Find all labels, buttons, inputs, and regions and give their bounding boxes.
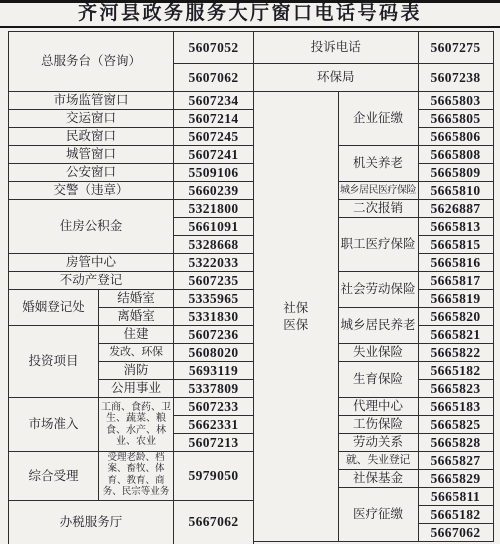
phone-number: 5665808 [418,146,493,164]
phone-number: 5665805 [418,110,493,128]
phone-number: 5335965 [174,290,254,308]
section-label-text: 社保医保 [282,300,310,333]
sub-window-label: 机关养老 [338,146,418,182]
phone-number: 5331830 [174,308,254,326]
phone-number: 5665811 [418,488,493,506]
phone-number: 5607241 [174,146,254,164]
phone-number: 5607245 [174,128,254,146]
phone-number: 5667062 [174,500,254,544]
phone-number: 5665829 [418,470,493,488]
window-label: 住房公积金 [9,200,174,254]
window-label: 办税服务厅 [9,500,174,544]
phone-number: 5665820 [418,308,493,326]
window-label: 房管中心 [9,254,174,272]
sub-window-label: 失业保险 [338,344,418,362]
sub-window-label: 公用事业 [99,380,174,398]
sub-window-label: 工商、食药、卫生、蔬菜、粮食、水产、林业、农业 [99,398,174,452]
left-table: 总服务台（咨询） 5607052 5607062 市场监管窗口 5607234 … [8,31,254,544]
window-label: 交警（违章） [9,182,174,200]
window-label: 投诉电话 [254,32,418,64]
sub-window-label: 城乡居民医疗保险 [338,182,418,200]
phone-number: 5607233 [174,398,254,416]
phone-number: 5665821 [418,326,493,344]
phone-number: 5665822 [418,344,493,362]
phone-number: 5665182 [418,362,493,380]
phone-number: 5607234 [174,92,254,110]
window-label: 城管窗口 [9,146,174,164]
phone-number: 5665823 [418,380,493,398]
sub-window-label: 离婚室 [99,308,174,326]
sub-window-label: 二次报销 [338,200,418,218]
phone-number: 5665827 [418,452,493,470]
sub-window-label: 代理中心 [338,398,418,416]
sub-window-label: 社保基金 [338,470,418,488]
phone-number: 5607238 [418,64,493,92]
sub-window-label: 结婚室 [99,290,174,308]
window-label: 市场监管窗口 [9,92,174,110]
phone-number: 5607052 [174,32,254,64]
sub-window-label: 就、失业登记 [338,452,418,470]
window-label: 环保局 [254,64,418,92]
sub-window-label: 企业征缴 [338,92,418,146]
phone-number: 5665815 [418,236,493,254]
sub-window-label: 生育保险 [338,362,418,398]
phone-number: 5665810 [418,182,493,200]
section-label: 社保医保 [254,92,338,542]
phone-number: 5661091 [174,218,254,236]
phone-number: 5607236 [174,326,254,344]
sub-window-label: 住建 [99,326,174,344]
sub-window-label: 消防 [99,362,174,380]
right-table: 投诉电话 5607275 环保局 5607238 社保医保 企业征缴 56658… [254,31,494,542]
phone-number: 5662331 [174,416,254,434]
phone-number: 5607062 [174,64,254,92]
phone-number: 5607275 [418,32,493,64]
sub-window-label: 城乡居民养老 [338,308,418,344]
phone-number: 5660239 [174,182,254,200]
window-label: 市场准入 [9,398,99,452]
phone-number: 5665828 [418,434,493,452]
phone-number: 5665813 [418,218,493,236]
phone-number: 5665803 [418,92,493,110]
window-label: 不动产登记 [9,272,174,290]
phone-table: 总服务台（咨询） 5607052 5607062 市场监管窗口 5607234 … [8,31,492,544]
phone-number: 5321800 [174,200,254,218]
phone-number: 5328668 [174,236,254,254]
sub-window-label: 职工医疗保险 [338,218,418,272]
window-label: 婚姻登记处 [9,290,99,326]
window-label: 总服务台（咨询） [9,32,174,92]
phone-number: 5607214 [174,110,254,128]
phone-number: 5665183 [418,398,493,416]
phone-number: 5979050 [174,452,254,501]
sub-window-label: 工伤保险 [338,416,418,434]
sub-window-label: 发改、环保 [99,344,174,362]
sub-window-label: 社会劳动保险 [338,272,418,308]
phone-number: 5608020 [174,344,254,362]
phone-number: 5665817 [418,272,493,290]
phone-number: 5665806 [418,128,493,146]
phone-number: 5665182 [418,506,493,524]
phone-number: 5607235 [174,272,254,290]
phone-number: 5322033 [174,254,254,272]
phone-number: 5667062 [418,524,493,542]
phone-number: 5337809 [174,380,254,398]
phone-number: 5665819 [418,290,493,308]
sub-window-label: 受理老龄、档案、畜牧、体育、教育、商务、民宗等业务 [99,452,174,501]
phone-number: 5665825 [418,416,493,434]
sub-window-label: 医疗征缴 [338,488,418,542]
phone-number: 5665809 [418,164,493,182]
window-label: 投资项目 [9,326,99,398]
phone-directory-page: 齐河县政务服务大厅窗口电话号码表 总服务台（咨询） 5607052 560706… [0,0,500,544]
window-label: 综合受理 [9,452,99,501]
phone-number: 5626887 [418,200,493,218]
window-label: 交运窗口 [9,110,174,128]
phone-number: 5665816 [418,254,493,272]
page-title: 齐河县政务服务大厅窗口电话号码表 [0,0,500,28]
window-label: 民政窗口 [9,128,174,146]
sub-window-label: 劳动关系 [338,434,418,452]
phone-number: 5607213 [174,434,254,452]
window-label: 公安窗口 [9,164,174,182]
phone-number: 5693119 [174,362,254,380]
phone-number: 5509106 [174,164,254,182]
